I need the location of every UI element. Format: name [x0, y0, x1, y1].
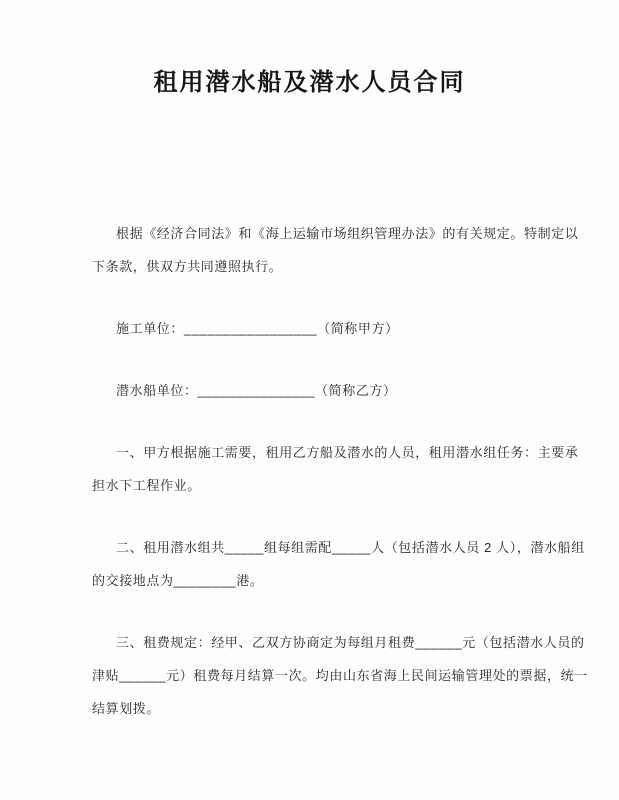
- contract-page: 租用潜水船及潜水人员合同 根据《经济合同法》和《海上运输市场组织管理办法》的有关…: [0, 0, 619, 800]
- text-line: 根据《经济合同法》和《海上运输市场组织管理办法》的有关规定。特制定以: [92, 217, 619, 250]
- paragraph-preamble: 根据《经济合同法》和《海上运输市场组织管理办法》的有关规定。特制定以下条款，供双…: [0, 217, 619, 283]
- text-line: 结算划拨。: [92, 692, 619, 725]
- text-line: 一、甲方根据施工需要，租用乙方船及潜水的人员，租用潜水组任务：主要承: [92, 436, 619, 469]
- text-line: 下条款，供双方共同遵照执行。: [92, 250, 619, 283]
- paragraph-party-b-line: 潜水船单位：_______________（简称乙方）: [0, 374, 619, 407]
- text-line: 施工单位：_________________（简称甲方）: [92, 312, 619, 345]
- paragraph-clause-3: 三、租费规定：经甲、乙双方协商定为每组月租费______元（包括潜水人员的津贴_…: [0, 626, 619, 725]
- paragraph-party-a-line: 施工单位：_________________（简称甲方）: [0, 312, 619, 345]
- text-line: 三、租费规定：经甲、乙双方协商定为每组月租费______元（包括潜水人员的: [92, 626, 619, 659]
- text-line: 担水下工程作业。: [92, 469, 619, 502]
- doc-title: 租用潜水船及潜水人员合同: [0, 66, 619, 100]
- text-line: 津贴______元）租费每月结算一次。均由山东省海上民间运输管理处的票据，统一: [92, 659, 619, 692]
- text-line: 的交接地点为________港。: [92, 564, 619, 597]
- paragraph-clause-1: 一、甲方根据施工需要，租用乙方船及潜水的人员，租用潜水组任务：主要承担水下工程作…: [0, 436, 619, 502]
- text-line: 潜水船单位：_______________（简称乙方）: [92, 374, 619, 407]
- doc-body: 根据《经济合同法》和《海上运输市场组织管理办法》的有关规定。特制定以下条款，供双…: [0, 217, 619, 725]
- paragraph-clause-2: 二、租用潜水组共_____组每组需配_____人（包括潜水人员 2 人），潜水船…: [0, 531, 619, 597]
- text-line: 二、租用潜水组共_____组每组需配_____人（包括潜水人员 2 人），潜水船…: [92, 531, 619, 564]
